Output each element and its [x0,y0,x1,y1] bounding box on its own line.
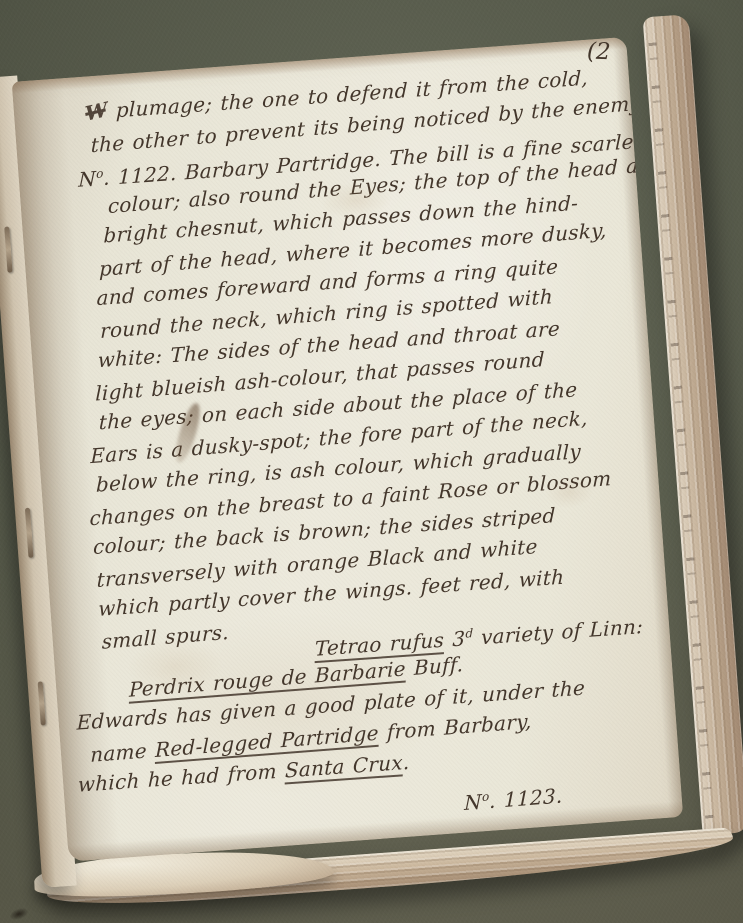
stitch-mark [38,681,46,725]
text-segment: Santa Crux [285,750,403,782]
background-mark [4,903,33,923]
text-segment: . [403,750,410,775]
photo-background: (2 W plumage; the one to defend it from … [0,0,743,923]
text-segment: . 1123. [489,783,563,813]
notebook: (2 W plumage; the one to defend it from … [0,22,719,891]
crossed-out-word: W [83,95,107,130]
text-segment: name [90,738,155,767]
text-segment: N [78,166,96,191]
manuscript-page: (2 W plumage; the one to defend it from … [12,37,684,862]
text-segment: N [464,790,482,815]
manuscript-text: W plumage; the one to defend it from the… [69,57,652,844]
stitch-mark [4,226,12,272]
text-segment: 3 [444,626,466,652]
stitch-mark [25,508,34,558]
text-segment: Buff. [406,652,464,681]
